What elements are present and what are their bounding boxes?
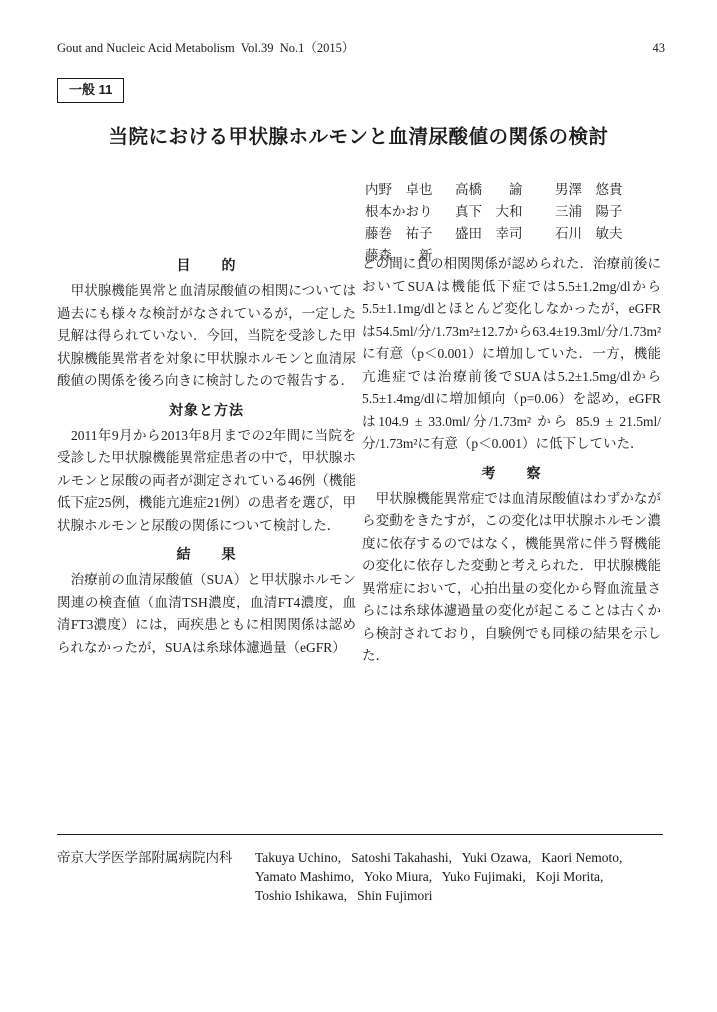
paragraph-results: 治療前の血清尿酸値（SUA）と甲状腺ホルモン関連の検査値（血清TSH濃度，血清F… <box>57 569 356 659</box>
section-heading-discussion: 考 察 <box>362 461 661 485</box>
paragraph-purpose: 甲状腺機能異常と血清尿酸値の相関については過去にも様々な検討がなされているが，一… <box>57 280 356 393</box>
session-badge: 一般 11 <box>57 78 124 103</box>
author-row: 藤巻 祐子 盛田 幸司 石川 敏夫 <box>365 223 623 245</box>
running-header: Gout and Nucleic Acid Metabolism Vol.39 … <box>57 41 665 56</box>
paragraph-methods: 2011年9月から2013年8月までの2年間に当院を受診した甲状腺機能異常症患者… <box>57 425 356 538</box>
page-number: 43 <box>653 41 666 56</box>
footer-divider-rule <box>57 834 663 835</box>
romanized-author-line: Toshio Ishikawa, Shin Fujimori <box>255 886 622 905</box>
romanized-author-line: Takuya Uchino, Satoshi Takahashi, Yuki O… <box>255 848 622 867</box>
author-name: 三浦 陽子 <box>555 201 623 223</box>
section-heading-purpose: 目 的 <box>57 253 356 277</box>
romanized-author-list: Takuya Uchino, Satoshi Takahashi, Yuki O… <box>255 848 622 905</box>
journal-abstract-page: Gout and Nucleic Acid Metabolism Vol.39 … <box>0 0 717 1012</box>
author-row: 根本かおり 真下 大和 三浦 陽子 <box>365 201 623 223</box>
article-title: 当院における甲状腺ホルモンと血清尿酸値の関係の検討 <box>0 121 717 149</box>
paragraph-discussion: 甲状腺機能異常症では血清尿酸値はわずかながら変動をきたすが，この変化は甲状腺ホル… <box>362 488 661 668</box>
author-name: 石川 敏夫 <box>555 223 623 245</box>
author-name: 内野 卓也 <box>365 179 455 201</box>
affiliation: 帝京大学医学部附属病院内科 <box>57 848 233 867</box>
abstract-right-column: との間に負の相関関係が認められた．治療前後においてSUAは機能低下症では5.5±… <box>362 253 661 668</box>
paragraph-results-continued: との間に負の相関関係が認められた．治療前後においてSUAは機能低下症では5.5±… <box>362 253 661 456</box>
author-row: 内野 卓也 高橋 諭 男澤 悠貴 <box>365 179 623 201</box>
author-name: 盛田 幸司 <box>455 223 555 245</box>
author-name: 高橋 諭 <box>455 179 555 201</box>
journal-volume-line: Gout and Nucleic Acid Metabolism Vol.39 … <box>57 41 354 56</box>
section-heading-results: 結 果 <box>57 542 356 566</box>
author-name: 藤巻 祐子 <box>365 223 455 245</box>
author-name: 根本かおり <box>365 201 455 223</box>
abstract-left-column: 目 的 甲状腺機能異常と血清尿酸値の相関については過去にも様々な検討がなされてい… <box>57 253 356 659</box>
section-heading-methods: 対象と方法 <box>57 398 356 422</box>
author-name: 男澤 悠貴 <box>555 179 623 201</box>
author-name: 真下 大和 <box>455 201 555 223</box>
romanized-author-line: Yamato Mashimo, Yoko Miura, Yuko Fujimak… <box>255 867 622 886</box>
